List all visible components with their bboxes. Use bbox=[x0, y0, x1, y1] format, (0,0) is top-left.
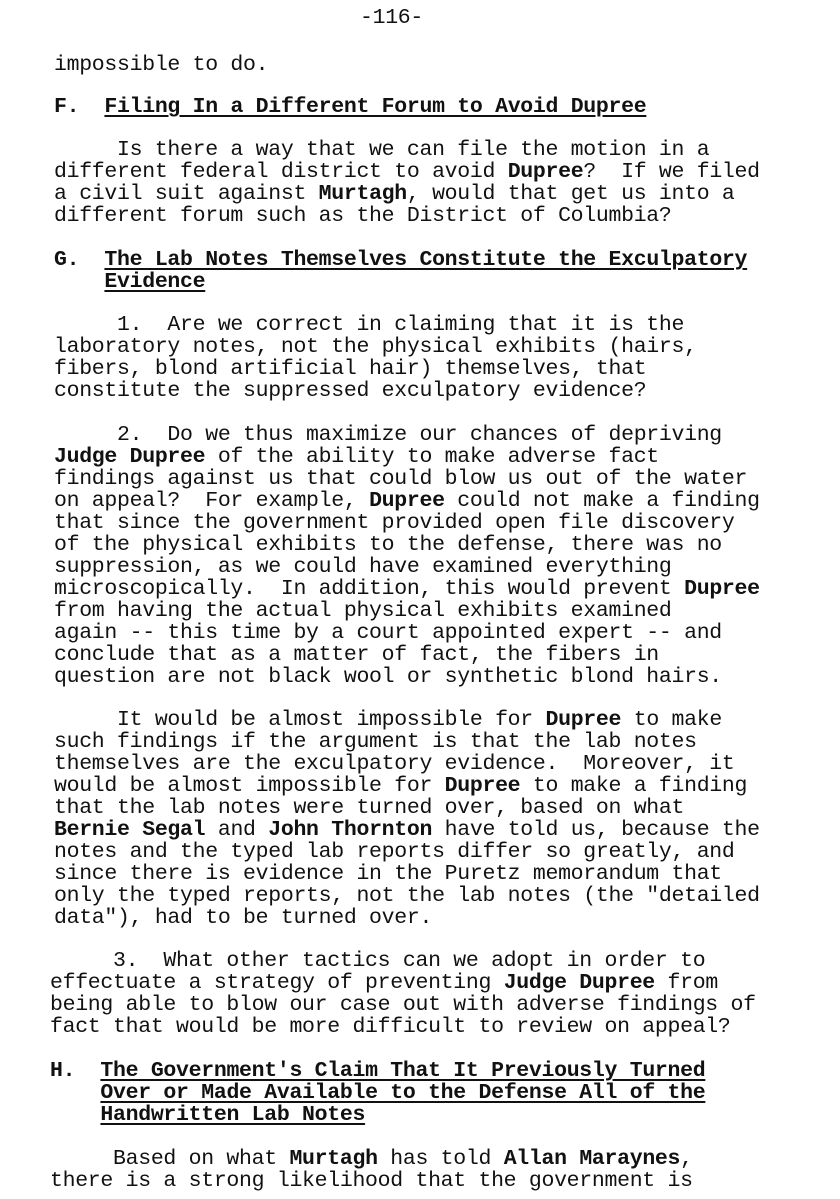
text-line: question are not black wool or synthetic… bbox=[54, 667, 722, 689]
text-line: data"), had to be turned over. bbox=[54, 908, 432, 930]
text-line: fibers, blond artificial hair) themselve… bbox=[54, 359, 646, 381]
text-line: impossible to do. bbox=[54, 55, 268, 77]
bold-name: Dupree bbox=[508, 160, 584, 184]
bold-name: Murtagh bbox=[289, 1147, 377, 1171]
text-line: a civil suit against Murtagh, would that… bbox=[54, 184, 735, 206]
section-heading-line: Evidence bbox=[54, 272, 205, 294]
text-line: Is there a way that we can file the moti… bbox=[54, 140, 709, 162]
text-line: Based on what Murtagh has told Allan Mar… bbox=[50, 1149, 693, 1171]
text-run: different federal district to avoid bbox=[54, 160, 508, 184]
text-run: notes and the typed lab reports differ s… bbox=[54, 840, 735, 864]
text-line: suppression, as we could have examined e… bbox=[54, 557, 672, 579]
text-line: from having the actual physical exhibits… bbox=[54, 601, 672, 623]
bold-name: Judge Dupree bbox=[54, 445, 205, 469]
text-run: findings against us that could blow us o… bbox=[54, 467, 747, 491]
text-line: effectuate a strategy of preventing Judg… bbox=[50, 973, 718, 995]
text-run: 1. Are we correct in claiming that it is… bbox=[54, 313, 684, 337]
heading-letter bbox=[54, 270, 104, 294]
bold-name: Allan Maraynes bbox=[504, 1147, 680, 1171]
bold-name: Judge Dupree bbox=[504, 971, 655, 995]
heading-letter: G. bbox=[54, 248, 104, 272]
bold-name: Dupree bbox=[445, 774, 521, 798]
text-line: constitute the suppressed exculpatory ev… bbox=[54, 381, 646, 403]
text-run: that the lab notes were turned over, bas… bbox=[54, 796, 684, 820]
heading-letter: H. bbox=[50, 1059, 100, 1083]
text-run: a civil suit against bbox=[54, 182, 319, 206]
bold-name: Dupree bbox=[545, 708, 621, 732]
text-run: effectuate a strategy of preventing bbox=[50, 971, 504, 995]
text-line: there is a strong likelihood that the go… bbox=[50, 1171, 693, 1193]
document-page: -116-impossible to do.F. Filing In a Dif… bbox=[0, 0, 840, 1199]
bold-name: Dupree bbox=[684, 577, 760, 601]
text-run: such findings if the argument is that th… bbox=[54, 730, 697, 754]
text-run: microscopically. In addition, this would… bbox=[54, 577, 684, 601]
bold-name: John Thornton bbox=[268, 818, 432, 842]
text-line: of the physical exhibits to the defense,… bbox=[54, 535, 722, 557]
heading-title: The Lab Notes Themselves Constitute the … bbox=[104, 248, 747, 272]
text-run: only the typed reports, not the lab note… bbox=[54, 884, 760, 908]
text-line: Bernie Segal and John Thornton have told… bbox=[54, 820, 760, 842]
text-line: different federal district to avoid Dupr… bbox=[54, 162, 760, 184]
text-line: microscopically. In addition, this would… bbox=[54, 579, 760, 601]
text-line: being able to blow our case out with adv… bbox=[50, 995, 756, 1017]
text-run: conclude that as a matter of fact, the f… bbox=[54, 643, 659, 667]
heading-letter bbox=[50, 1081, 100, 1105]
section-heading-line: Over or Made Available to the Defense Al… bbox=[50, 1083, 705, 1105]
text-line: only the typed reports, not the lab note… bbox=[54, 886, 760, 908]
text-run: and bbox=[205, 818, 268, 842]
text-line: themselves are the exculpatory evidence.… bbox=[54, 754, 735, 776]
text-line: laboratory notes, not the physical exhib… bbox=[54, 337, 697, 359]
text-line: findings against us that could blow us o… bbox=[54, 469, 747, 491]
text-run: to make a finding bbox=[520, 774, 747, 798]
text-run: would be almost impossible for bbox=[54, 774, 445, 798]
text-run: have told us, because the bbox=[432, 818, 760, 842]
heading-title: Handwritten Lab Notes bbox=[100, 1103, 365, 1127]
bold-name: Bernie Segal bbox=[54, 818, 205, 842]
text-line: on appeal? For example, Dupree could not… bbox=[54, 491, 760, 513]
bold-name: Murtagh bbox=[319, 182, 407, 206]
text-run: constitute the suppressed exculpatory ev… bbox=[54, 379, 646, 403]
text-line: 1. Are we correct in claiming that it is… bbox=[54, 315, 684, 337]
text-run: that since the government provided open … bbox=[54, 511, 735, 535]
text-run: impossible to do. bbox=[54, 53, 268, 77]
text-run: there is a strong likelihood that the go… bbox=[50, 1169, 693, 1193]
section-heading-line: Handwritten Lab Notes bbox=[50, 1105, 365, 1127]
text-run: , bbox=[680, 1147, 693, 1171]
text-line: fact that would be more difficult to rev… bbox=[50, 1017, 731, 1039]
text-run: of the ability to make adverse fact bbox=[205, 445, 659, 469]
text-line: different forum such as the District of … bbox=[54, 206, 672, 228]
text-line: Judge Dupree of the ability to make adve… bbox=[54, 447, 659, 469]
section-heading-line: F. Filing In a Different Forum to Avoid … bbox=[54, 97, 646, 119]
text-line: notes and the typed lab reports differ s… bbox=[54, 842, 735, 864]
text-line: 3. What other tactics can we adopt in or… bbox=[50, 951, 705, 973]
text-run: Is there a way that we can file the moti… bbox=[54, 138, 709, 162]
text-run: has told bbox=[378, 1147, 504, 1171]
text-run: 3. What other tactics can we adopt in or… bbox=[50, 949, 705, 973]
text-run: again -- this time by a court appointed … bbox=[54, 621, 722, 645]
section-heading-line: G. The Lab Notes Themselves Constitute t… bbox=[54, 250, 747, 272]
text-run: on appeal? For example, bbox=[54, 489, 369, 513]
text-run: fact that would be more difficult to rev… bbox=[50, 1015, 731, 1039]
text-run: of the physical exhibits to the defense,… bbox=[54, 533, 722, 557]
text-run: could not make a finding bbox=[445, 489, 760, 513]
text-run: It would be almost impossible for bbox=[54, 708, 545, 732]
text-run: from bbox=[655, 971, 718, 995]
heading-title: Over or Made Available to the Defense Al… bbox=[100, 1081, 705, 1105]
text-run: themselves are the exculpatory evidence.… bbox=[54, 752, 735, 776]
text-run: being able to blow our case out with adv… bbox=[50, 993, 756, 1017]
text-line: conclude that as a matter of fact, the f… bbox=[54, 645, 659, 667]
text-run: -116- bbox=[360, 6, 423, 30]
text-line: again -- this time by a court appointed … bbox=[54, 623, 722, 645]
heading-letter bbox=[50, 1103, 100, 1127]
text-line: 2. Do we thus maximize our chances of de… bbox=[54, 425, 722, 447]
text-run: data"), had to be turned over. bbox=[54, 906, 432, 930]
text-run: to make bbox=[621, 708, 722, 732]
bold-name: Dupree bbox=[369, 489, 445, 513]
text-run: , would that get us into a bbox=[407, 182, 735, 206]
text-line: since there is evidence in the Puretz me… bbox=[54, 864, 722, 886]
text-run: 2. Do we thus maximize our chances of de… bbox=[54, 423, 722, 447]
text-line: It would be almost impossible for Dupree… bbox=[54, 710, 722, 732]
text-run: Based on what bbox=[50, 1147, 289, 1171]
text-run: suppression, as we could have examined e… bbox=[54, 555, 672, 579]
heading-title: Evidence bbox=[104, 270, 205, 294]
text-run: different forum such as the District of … bbox=[54, 204, 672, 228]
text-line: that since the government provided open … bbox=[54, 513, 735, 535]
section-heading-line: H. The Government's Claim That It Previo… bbox=[50, 1061, 705, 1083]
heading-title: Filing In a Different Forum to Avoid Dup… bbox=[104, 95, 646, 119]
text-run: from having the actual physical exhibits… bbox=[54, 599, 672, 623]
heading-title: The Government's Claim That It Previousl… bbox=[100, 1059, 705, 1083]
text-run: question are not black wool or synthetic… bbox=[54, 665, 722, 689]
text-run: laboratory notes, not the physical exhib… bbox=[54, 335, 697, 359]
text-run: ? If we filed bbox=[583, 160, 759, 184]
text-line: would be almost impossible for Dupree to… bbox=[54, 776, 747, 798]
heading-letter: F. bbox=[54, 95, 104, 119]
text-line: such findings if the argument is that th… bbox=[54, 732, 697, 754]
text-run: since there is evidence in the Puretz me… bbox=[54, 862, 722, 886]
text-line: that the lab notes were turned over, bas… bbox=[54, 798, 684, 820]
page-number: -116- bbox=[360, 8, 423, 30]
text-run: fibers, blond artificial hair) themselve… bbox=[54, 357, 646, 381]
